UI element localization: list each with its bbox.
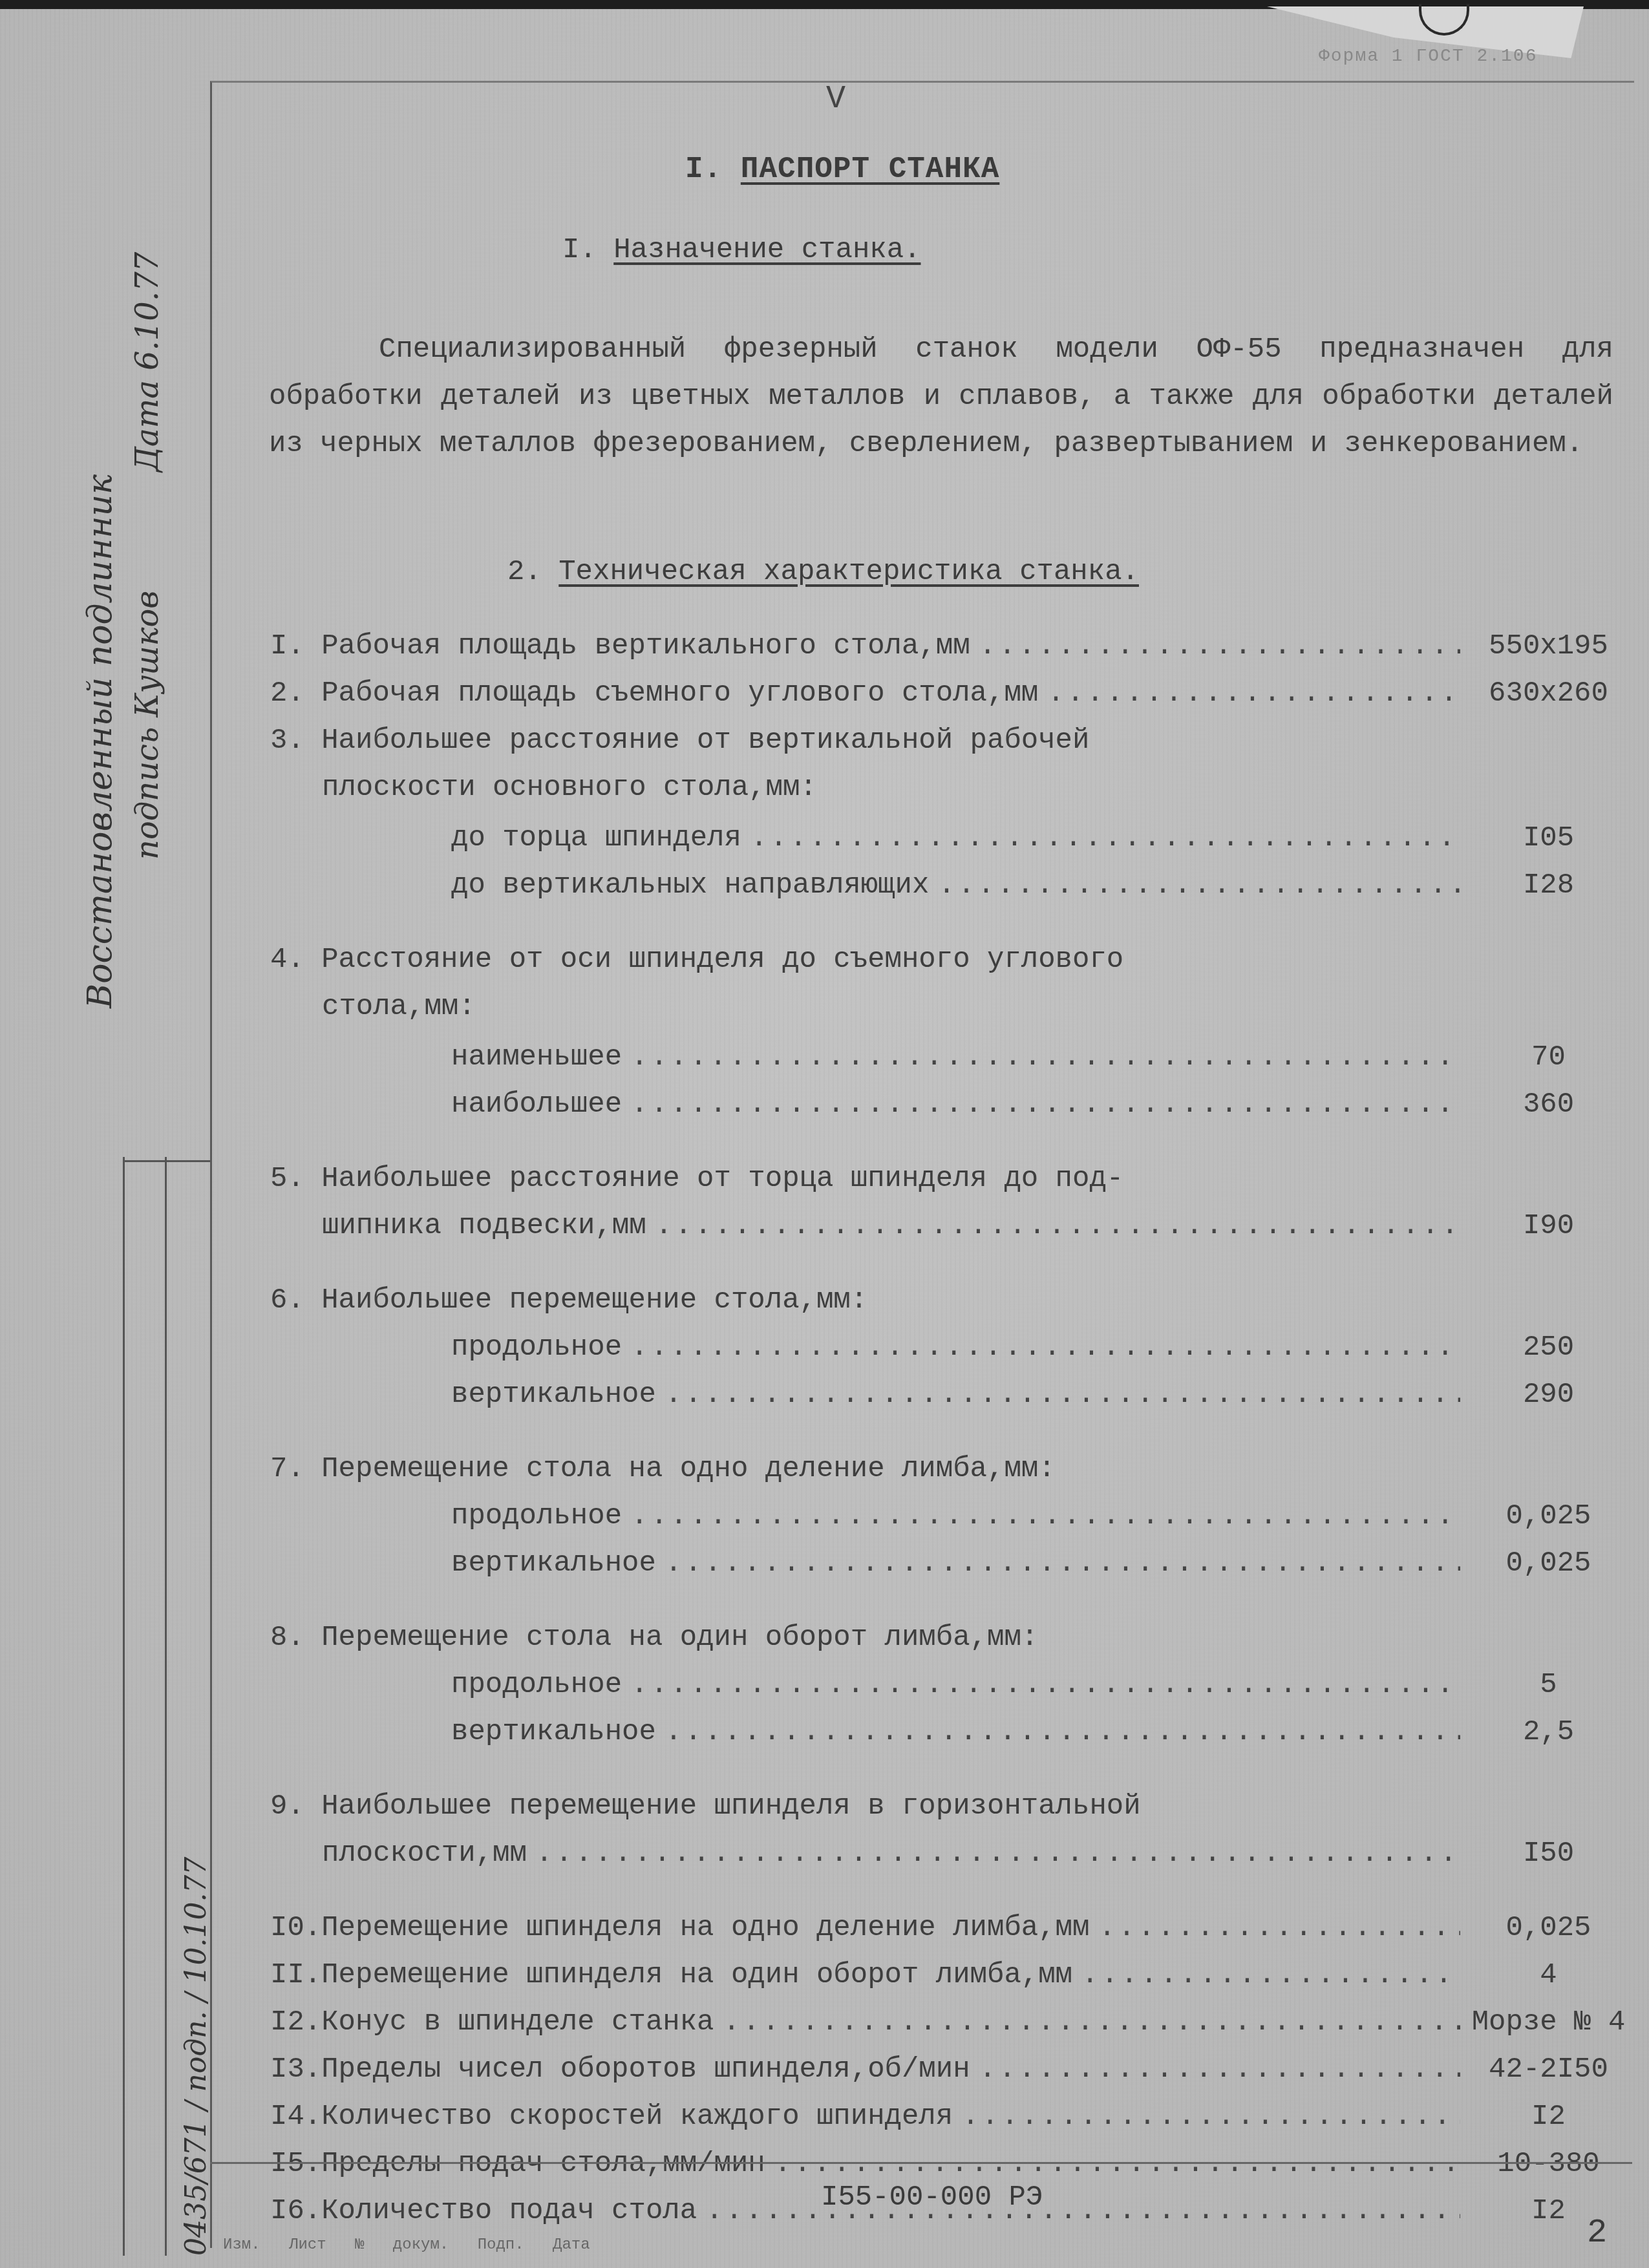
spec-value: I90 <box>1469 1210 1628 1242</box>
leader-dots <box>665 1379 1460 1411</box>
leader-dots <box>723 2006 1460 2039</box>
purpose-paragraph: Специализированный фрезерный станок моде… <box>269 326 1613 468</box>
spec-label: наибольшее <box>451 1088 622 1121</box>
spec-value: 4 <box>1469 1959 1628 1991</box>
spec-row: I3.Пределы чисел оборотов шпинделя,об/ми… <box>270 2053 1628 2101</box>
leader-dots <box>665 1547 1460 1580</box>
leader-dots <box>631 1669 1460 1701</box>
stamp-labels: Изм. Лист № докум. Подп. Дата <box>223 2236 590 2254</box>
spec-value: 2,5 <box>1469 1716 1628 1748</box>
spec-label: I0.Перемещение шпинделя на одно деление … <box>270 1912 1089 1944</box>
spec-row: наименьшее70 <box>270 1041 1628 1088</box>
margin-line <box>123 1157 125 2256</box>
spec-label: 7. Перемещение стола на одно деление лим… <box>270 1453 1056 1485</box>
spec-label: вертикальное <box>451 1716 656 1748</box>
spec-row: наибольшее360 <box>270 1088 1628 1136</box>
spacer <box>270 1136 1628 1163</box>
spec-label: 9. Наибольшее перемещение шпинделя в гор… <box>270 1790 1141 1823</box>
spec-row: до вертикальных направляющихI28 <box>270 869 1628 917</box>
spec-value: 5 <box>1469 1669 1628 1701</box>
inventory-note: 0435/671 / подп. / 10.10.77 <box>180 1857 213 2256</box>
spec-label: шипника подвески,мм <box>322 1210 646 1242</box>
spec-row: стола,мм: <box>270 991 1628 1041</box>
spec-row: продольное250 <box>270 1331 1628 1379</box>
leader-dots <box>1081 1959 1460 1991</box>
signature-note: подпись Кушков <box>129 591 165 860</box>
spec-value: 70 <box>1469 1041 1628 1074</box>
spacer <box>270 1595 1628 1622</box>
spec-label: плоскости,мм <box>322 1838 527 1870</box>
spec-label: продольное <box>451 1500 622 1532</box>
leader-dots <box>979 2053 1460 2086</box>
spec-row: 6. Наибольшее перемещение стола,мм: <box>270 1284 1628 1331</box>
leader-dots <box>665 1716 1460 1748</box>
spec-label: наименьшее <box>451 1041 622 1074</box>
spec-label: вертикальное <box>451 1547 656 1580</box>
section-title: Техническая характеристика станка. <box>559 556 1139 588</box>
leader-dots <box>1047 677 1460 710</box>
spec-label: вертикальное <box>451 1379 656 1411</box>
spec-row: 3. Наибольшее расстояние от вертикальной… <box>270 725 1628 772</box>
spec-label: до вертикальных направляющих <box>451 869 929 902</box>
spec-value: 360 <box>1469 1088 1628 1121</box>
restored-original-note: Восстановленный подлинник <box>81 474 120 1008</box>
spec-label: продольное <box>451 1331 622 1364</box>
spec-row: 8. Перемещение стола на один оборот лимб… <box>270 1622 1628 1669</box>
spacer <box>270 1426 1628 1453</box>
spacer <box>270 1257 1628 1284</box>
spacer <box>270 1763 1628 1790</box>
spec-row: 9. Наибольшее перемещение шпинделя в гор… <box>270 1790 1628 1838</box>
margin-line <box>165 1157 167 2256</box>
spec-label: 5. Наибольшее расстояние от торца шпинде… <box>270 1163 1123 1195</box>
spec-row: II.Перемещение шпинделя на один оборот л… <box>270 1959 1628 2006</box>
spec-label: II.Перемещение шпинделя на один оборот л… <box>270 1959 1072 1991</box>
spec-value: I28 <box>1469 869 1628 902</box>
spec-label: I2.Конус в шпинделе станка <box>270 2006 714 2039</box>
spacer <box>270 1885 1628 1912</box>
leader-dots <box>631 1331 1460 1364</box>
leader-dots <box>750 822 1460 854</box>
spec-row: 2. Рабочая площадь съемного углового сто… <box>270 677 1628 725</box>
spec-row: I. Рабочая площадь вертикального стола,м… <box>270 630 1628 677</box>
spec-label: плоскости основного стола,мм: <box>322 772 817 804</box>
spec-value: 630x260 <box>1469 677 1628 710</box>
leader-dots <box>536 1838 1460 1870</box>
spec-row: плоскости,ммI50 <box>270 1838 1628 1885</box>
spec-row: шипника подвески,ммI90 <box>270 1210 1628 1257</box>
spec-value: 0,025 <box>1469 1912 1628 1944</box>
spec-value: 550x195 <box>1469 630 1628 662</box>
spec-row: до торца шпинделяI05 <box>270 822 1628 869</box>
sheet-number: 2 <box>1587 2214 1607 2252</box>
spec-row: 5. Наибольшее расстояние от торца шпинде… <box>270 1163 1628 1210</box>
spec-row: вертикальное290 <box>270 1379 1628 1426</box>
leader-dots <box>1098 1912 1460 1944</box>
date-note: Дата 6.10.77 <box>129 252 165 472</box>
spec-value: 0,025 <box>1469 1547 1628 1580</box>
section-title: Назначение станка. <box>613 234 920 266</box>
leader-dots <box>655 1210 1460 1242</box>
spec-value: I2 <box>1469 2101 1628 2133</box>
section-number: I. <box>562 234 597 266</box>
spec-value: I50 <box>1469 1838 1628 1870</box>
spec-row: 4. Расстояние от оси шпинделя до съемног… <box>270 944 1628 991</box>
spec-label: 8. Перемещение стола на один оборот лимб… <box>270 1622 1038 1654</box>
spec-row: продольное0,025 <box>270 1500 1628 1547</box>
spec-label: стола,мм: <box>322 991 476 1023</box>
leader-dots <box>631 1088 1460 1121</box>
section-number: 2. <box>507 556 542 588</box>
spec-row: продольное5 <box>270 1669 1628 1716</box>
leader-dots <box>979 630 1460 662</box>
spec-label: 3. Наибольшее расстояние от вертикальной… <box>270 725 1089 757</box>
spec-row: I4.Количество скоростей каждого шпинделя… <box>270 2101 1628 2148</box>
spec-row: 7. Перемещение стола на одно деление лим… <box>270 1453 1628 1500</box>
spec-label: до торца шпинделя <box>451 822 741 854</box>
spec-row: вертикальное0,025 <box>270 1547 1628 1595</box>
spec-value: 0,025 <box>1469 1500 1628 1532</box>
spec-value: I05 <box>1469 822 1628 854</box>
section-1-heading: I. Назначение станка. <box>562 234 921 266</box>
spec-label: I3.Пределы чисел оборотов шпинделя,об/ми… <box>270 2053 970 2086</box>
spec-label: I4.Количество скоростей каждого шпинделя <box>270 2101 953 2133</box>
leader-dots <box>938 869 1460 902</box>
spec-list: I. Рабочая площадь вертикального стола,м… <box>270 630 1628 2242</box>
margin-hline <box>123 1160 210 1162</box>
spec-row: вертикальное2,5 <box>270 1716 1628 1763</box>
title-number: I. <box>685 153 722 186</box>
spacer <box>270 917 1628 944</box>
form-label: Форма 1 ГОСТ 2.106 <box>1319 47 1537 67</box>
document-code: I55-00-000 РЭ <box>821 2181 1043 2214</box>
leader-dots <box>631 1041 1460 1074</box>
spec-label: 4. Расстояние от оси шпинделя до съемног… <box>270 944 1123 976</box>
section-2-heading: 2. Техническая характеристика станка. <box>507 556 1139 588</box>
spec-value: Морзе № 4 <box>1469 2006 1628 2039</box>
spec-label: продольное <box>451 1669 622 1701</box>
spec-value: 42-2I50 <box>1469 2053 1628 2086</box>
leader-dots <box>962 2101 1460 2133</box>
spec-label: I. Рабочая площадь вертикального стола,м… <box>270 630 970 662</box>
spec-label: 2. Рабочая площадь съемного углового сто… <box>270 677 1038 710</box>
spec-row: плоскости основного стола,мм: <box>270 772 1628 822</box>
spec-row: I0.Перемещение шпинделя на одно деление … <box>270 1912 1628 1959</box>
spec-value: 250 <box>1469 1331 1628 1364</box>
spec-value: 290 <box>1469 1379 1628 1411</box>
leader-dots <box>631 1500 1460 1532</box>
title-text: ПАСПОРТ СТАНКА <box>741 153 999 186</box>
page-title: I. ПАСПОРТ СТАНКА <box>685 153 999 186</box>
spec-row: I2.Конус в шпинделе станкаМорзе № 4 <box>270 2006 1628 2053</box>
spec-label: 6. Наибольшее перемещение стола,мм: <box>270 1284 867 1317</box>
check-mark: V <box>826 81 846 118</box>
paragraph-text: Специализированный фрезерный станок моде… <box>269 334 1613 460</box>
